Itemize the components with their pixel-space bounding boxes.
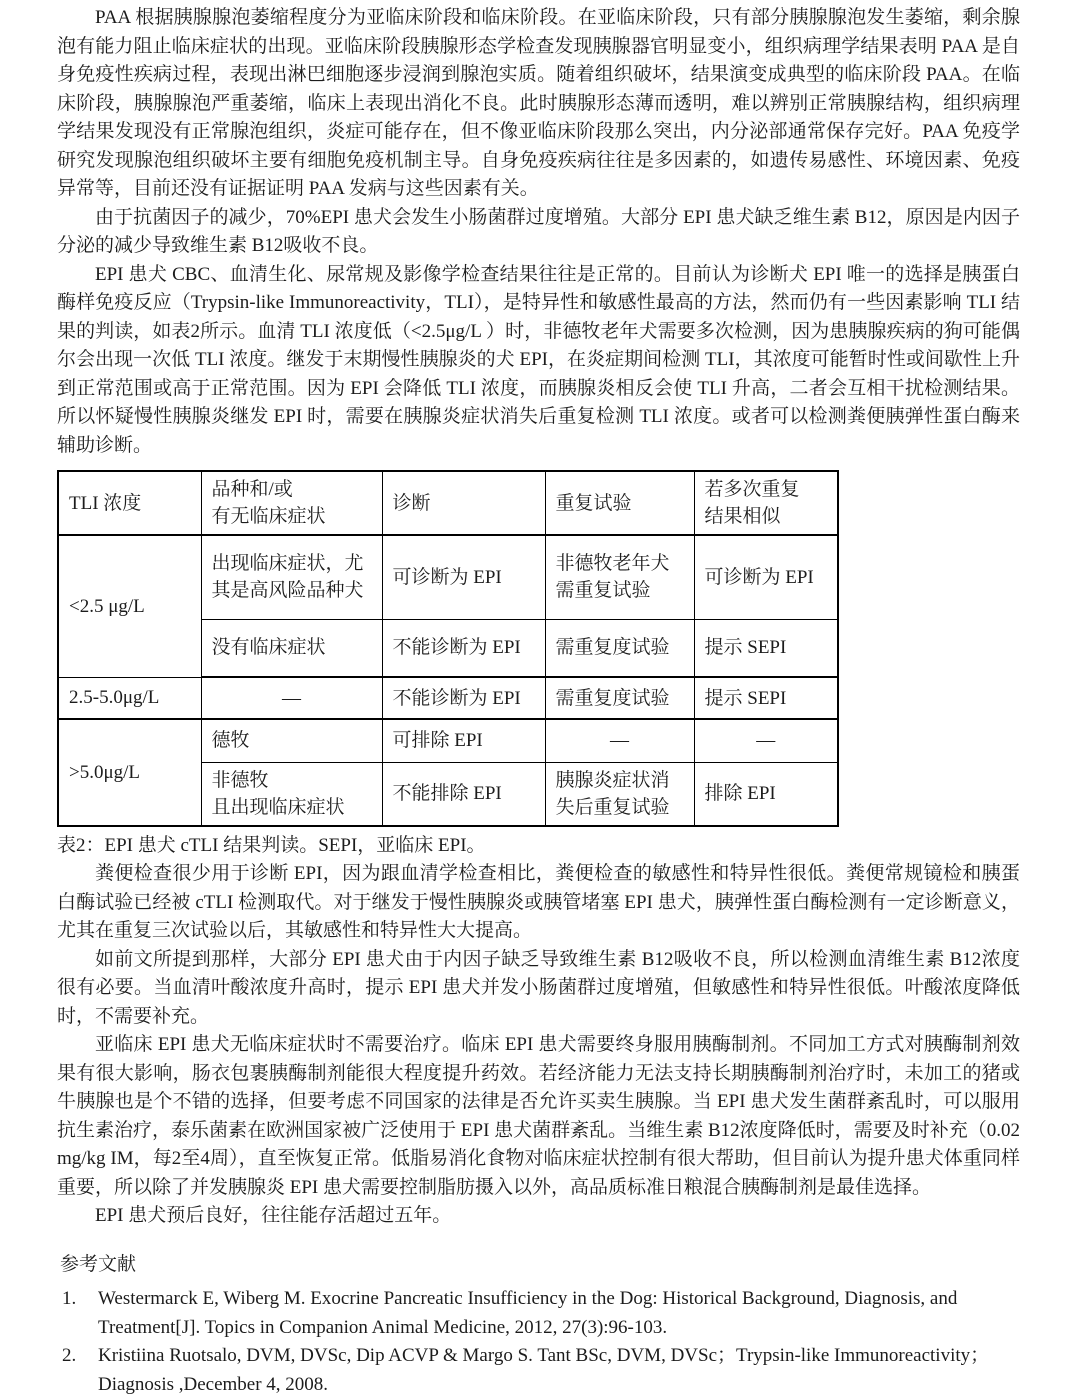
tli-range-cell: <2.5 μg/L bbox=[58, 535, 201, 677]
body-paragraph: 粪便检查很少用于诊断 EPI，因为跟血清学检查相比，粪便检查的敏感性和特异性很低… bbox=[57, 860, 1020, 946]
body-paragraph: 如前文所提到那样，大部分 EPI 患犬由于内因子缺乏导致维生素 B12吸收不良，… bbox=[57, 946, 1020, 1032]
table-cell: 排除 EPI bbox=[694, 762, 838, 826]
table-cell: 出现临床症状，尤 其是高风险品种犬 bbox=[201, 535, 382, 619]
table-header-cell: 品种和/或 有无临床症状 bbox=[201, 471, 382, 535]
table-cell: 提示 SEPI bbox=[694, 619, 838, 677]
reference-text: Westermarck E, Wiberg M. Exocrine Pancre… bbox=[98, 1285, 1020, 1342]
table-cell: 不能诊断为 EPI bbox=[382, 619, 545, 677]
table-cell: 非德牧老年犬 需重复试验 bbox=[545, 535, 694, 619]
reference-text: Kristiina Ruotsalo, DVM, DVSc, Dip ACVP … bbox=[98, 1342, 1020, 1398]
tli-range-cell: 2.5-5.0μg/L bbox=[58, 677, 201, 719]
table-cell: — bbox=[545, 719, 694, 762]
table-cell: 需重复度试验 bbox=[545, 677, 694, 719]
table-cell: 胰腺炎症状消 失后重复试验 bbox=[545, 762, 694, 826]
table-cell: 德牧 bbox=[201, 719, 382, 762]
body-paragraph: EPI 患犬预后良好，往往能存活超过五年。 bbox=[57, 1202, 1020, 1231]
table-caption: 表2：EPI 患犬 cTLI 结果判读。SEPI，亚临床 EPI。 bbox=[57, 832, 1020, 861]
table-cell: 提示 SEPI bbox=[694, 677, 838, 719]
table-header-cell: TLI 浓度 bbox=[58, 471, 201, 535]
table-cell: 非德牧 且出现临床症状 bbox=[201, 762, 382, 826]
table-header-cell: 若多次重复 结果相似 bbox=[694, 471, 838, 535]
table-cell: — bbox=[201, 677, 382, 719]
body-paragraph: PAA 根据胰腺腺泡萎缩程度分为亚临床阶段和临床阶段。在亚临床阶段，只有部分胰腺… bbox=[57, 4, 1020, 204]
body-paragraph: 亚临床 EPI 患犬无临床症状时不需要治疗。临床 EPI 患犬需要终身服用胰酶制… bbox=[57, 1031, 1020, 1202]
table-row: <2.5 μg/L 出现临床症状，尤 其是高风险品种犬 可诊断为 EPI 非德牧… bbox=[58, 535, 838, 619]
table-cell: 可诊断为 EPI bbox=[382, 535, 545, 619]
table-header-cell: 诊断 bbox=[382, 471, 545, 535]
tli-range-cell: >5.0μg/L bbox=[58, 719, 201, 826]
reference-number: 2. bbox=[62, 1342, 98, 1398]
reference-item: 1. Westermarck E, Wiberg M. Exocrine Pan… bbox=[62, 1285, 1020, 1342]
reference-number: 1. bbox=[62, 1285, 98, 1342]
table-row: 2.5-5.0μg/L — 不能诊断为 EPI 需重复度试验 提示 SEPI bbox=[58, 677, 838, 719]
table-cell: 不能诊断为 EPI bbox=[382, 677, 545, 719]
table-cell: 没有临床症状 bbox=[201, 619, 382, 677]
table-row: >5.0μg/L 德牧 可排除 EPI — — bbox=[58, 719, 838, 762]
document-page: PAA 根据胰腺腺泡萎缩程度分为亚临床阶段和临床阶段。在亚临床阶段，只有部分胰腺… bbox=[0, 0, 1080, 1398]
table-header-cell: 重复试验 bbox=[545, 471, 694, 535]
reference-item: 2. Kristiina Ruotsalo, DVM, DVSc, Dip AC… bbox=[62, 1342, 1020, 1398]
body-paragraph: 由于抗菌因子的减少，70%EPI 患犬会发生小肠菌群过度增殖。大部分 EPI 患… bbox=[57, 204, 1020, 261]
table-cell: — bbox=[694, 719, 838, 762]
table-cell: 需重复度试验 bbox=[545, 619, 694, 677]
table-cell: 可诊断为 EPI bbox=[694, 535, 838, 619]
table-header-row: TLI 浓度 品种和/或 有无临床症状 诊断 重复试验 若多次重复 结果相似 bbox=[58, 471, 838, 535]
table-cell: 可排除 EPI bbox=[382, 719, 545, 762]
body-paragraph: EPI 患犬 CBC、血清生化、尿常规及影像学检查结果往往是正常的。目前认为诊断… bbox=[57, 261, 1020, 461]
tli-interpretation-table: TLI 浓度 品种和/或 有无临床症状 诊断 重复试验 若多次重复 结果相似 <… bbox=[57, 470, 839, 827]
references-heading: 参考文献 bbox=[60, 1251, 1020, 1280]
table-cell: 不能排除 EPI bbox=[382, 762, 545, 826]
